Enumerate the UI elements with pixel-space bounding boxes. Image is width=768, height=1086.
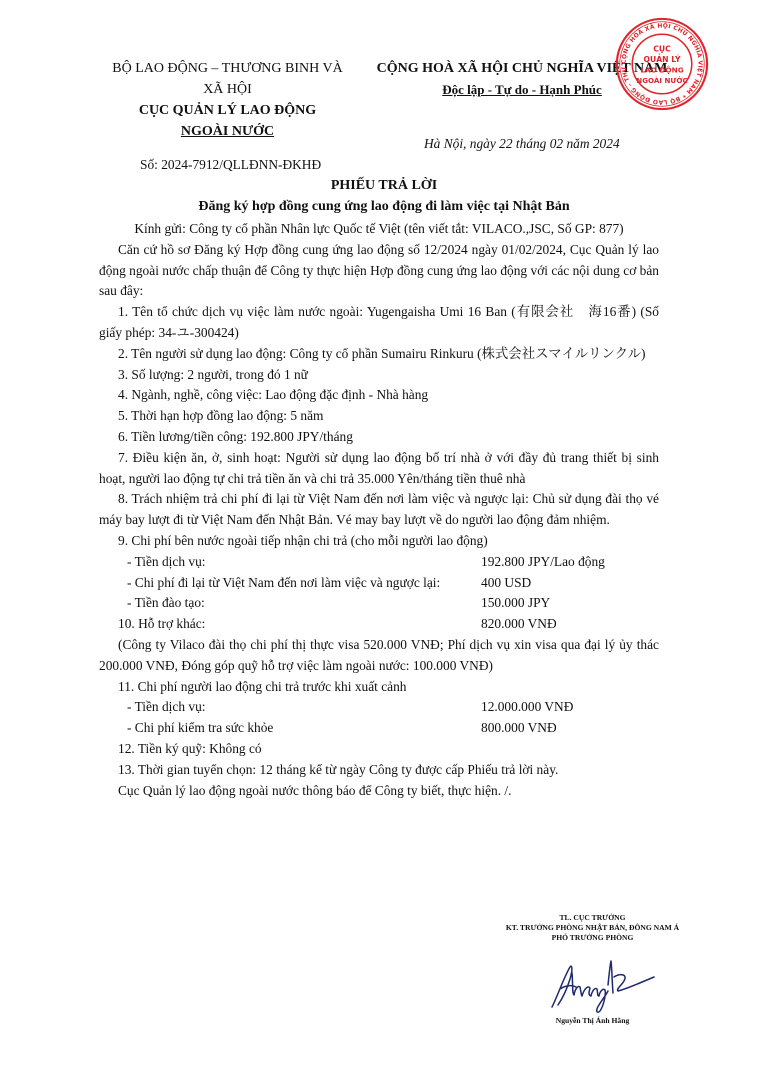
signature-block: TL. CỤC TRƯỞNG KT. TRƯỞNG PHÒNG NHẬT BẢN… <box>470 913 715 943</box>
official-stamp-icon: CỘNG HOÀ XÃ HỘI CHỦ NGHĨA VIỆT NAM * BỘ … <box>614 16 710 112</box>
item-3: 3. Số lượng: 2 người, trong đó 1 nữ <box>99 365 659 386</box>
issuing-agency-block: BỘ LAO ĐỘNG – THƯƠNG BINH VÀ XÃ HỘI CỤC … <box>100 58 355 142</box>
document-page: BỘ LAO ĐỘNG – THƯƠNG BINH VÀ XÃ HỘI CỤC … <box>0 0 768 1086</box>
item-10-note-line-2: 200.000 VNĐ, Đóng góp quỹ hỗ trợ việc là… <box>99 656 659 677</box>
stamp-line-1: CỤC <box>653 45 671 54</box>
cost-label: - Chi phí kiểm tra sức khỏe <box>127 718 481 739</box>
agency-line-1: CỤC QUẢN LÝ LAO ĐỘNG <box>100 100 355 121</box>
cost-row: - Tiền dịch vụ: 192.800 JPY/Lao động <box>99 552 659 573</box>
cost-label: - Tiền đào tạo: <box>127 593 481 614</box>
cost-value: 192.800 JPY/Lao động <box>481 552 659 573</box>
intro-line-3: sau đây: <box>99 281 659 302</box>
handwritten-signature-icon <box>542 955 662 1015</box>
item-12: 12. Tiền ký quỹ: Không có <box>99 739 659 760</box>
document-title: PHIẾU TRẢ LỜI <box>100 178 668 194</box>
signer-authority-1: TL. CỤC TRƯỞNG <box>470 913 715 923</box>
cost-value: 150.000 JPY <box>481 593 659 614</box>
cost-value: 800.000 VNĐ <box>481 718 659 739</box>
cost-label: - Tiền dịch vụ: <box>127 697 481 718</box>
signer-name: Nguyễn Thị Ánh Hằng <box>470 1016 715 1025</box>
cost-label: - Chi phí đi lại từ Việt Nam đến nơi làm… <box>127 573 481 594</box>
signer-title: PHÓ TRƯỞNG PHÒNG <box>470 933 715 943</box>
pre-departure-cost-row: - Chi phí kiểm tra sức khỏe 800.000 VNĐ <box>99 718 659 739</box>
item-9: 9. Chi phí bên nước ngoài tiếp nhận chi … <box>99 531 659 552</box>
national-motto: Độc lập - Tự do - Hạnh Phúc <box>442 82 602 97</box>
ministry-line-1: BỘ LAO ĐỘNG – THƯƠNG BINH VÀ <box>100 58 355 79</box>
item-7-line-2: hoạt, người lao động tự chi trả tiền ăn … <box>99 469 659 490</box>
cost-row: - Tiền đào tạo: 150.000 JPY <box>99 593 659 614</box>
ministry-line-2: XÃ HỘI <box>100 79 355 100</box>
intro-line-2: động ngoài nước chấp thuận để Công ty th… <box>99 261 659 282</box>
item-1-line-2: giấy phép: 34-ユ-300424) <box>99 323 659 344</box>
item-4: 4. Ngành, nghề, công việc: Lao động đặc … <box>99 385 659 406</box>
item-11: 11. Chi phí người lao động chi trả trước… <box>99 677 659 698</box>
agency-line-2: NGOÀI NƯỚC <box>181 124 274 139</box>
cost-value: 12.000.000 VNĐ <box>481 697 659 718</box>
document-number: Số: 2024-7912/QLLĐNN-ĐKHĐ <box>140 157 321 173</box>
item-2: 2. Tên người sử dụng lao động: Công ty c… <box>99 344 659 365</box>
pre-departure-cost-row: - Tiền dịch vụ: 12.000.000 VNĐ <box>99 697 659 718</box>
item-10-label: 10. Hỗ trợ khác: <box>118 614 481 635</box>
item-8-line-2: máy bay lượt đi từ Việt Nam đến Nhật Bản… <box>99 510 659 531</box>
stamp-line-2: QUẢN LÝ <box>643 54 680 64</box>
item-5: 5. Thời hạn hợp đồng lao động: 5 năm <box>99 406 659 427</box>
item-1-line-1: 1. Tên tổ chức dịch vụ việc làm nước ngo… <box>99 302 659 323</box>
stamp-line-4: NGOÀI NƯỚC <box>636 76 687 85</box>
cost-label: - Tiền dịch vụ: <box>127 552 481 573</box>
place-date: Hà Nội, ngày 22 tháng 02 năm 2024 <box>424 136 620 152</box>
item-6: 6. Tiền lương/tiền công: 192.800 JPY/thá… <box>99 427 659 448</box>
closing-line: Cục Quản lý lao động ngoài nước thông bá… <box>99 781 659 802</box>
intro-line-1: Căn cứ hồ sơ Đăng ký Hợp đồng cung ứng l… <box>99 240 659 261</box>
document-body: Kính gửi: Công ty cổ phần Nhân lực Quốc … <box>99 219 659 801</box>
recipient-line: Kính gửi: Công ty cổ phần Nhân lực Quốc … <box>99 219 659 240</box>
stamp-line-3: LAO ĐỘNG <box>640 66 683 75</box>
item-10-value: 820.000 VNĐ <box>481 614 659 635</box>
item-8-line-1: 8. Trách nhiệm trả chi phí đi lại từ Việ… <box>99 489 659 510</box>
cost-value: 400 USD <box>481 573 659 594</box>
cost-row: - Chi phí đi lại từ Việt Nam đến nơi làm… <box>99 573 659 594</box>
document-subtitle: Đăng ký hợp đồng cung ứng lao động đi là… <box>100 199 668 215</box>
item-10-note-line-1: (Công ty Vilaco đài thọ chi phí thị thực… <box>99 635 659 656</box>
item-7-line-1: 7. Điều kiện ăn, ở, sinh hoạt: Người sử … <box>99 448 659 469</box>
item-13: 13. Thời gian tuyển chọn: 12 tháng kể từ… <box>99 760 659 781</box>
item-10-row: 10. Hỗ trợ khác: 820.000 VNĐ <box>99 614 659 635</box>
signer-authority-2: KT. TRƯỞNG PHÒNG NHẬT BẢN, ĐÔNG NAM Á <box>470 923 715 933</box>
